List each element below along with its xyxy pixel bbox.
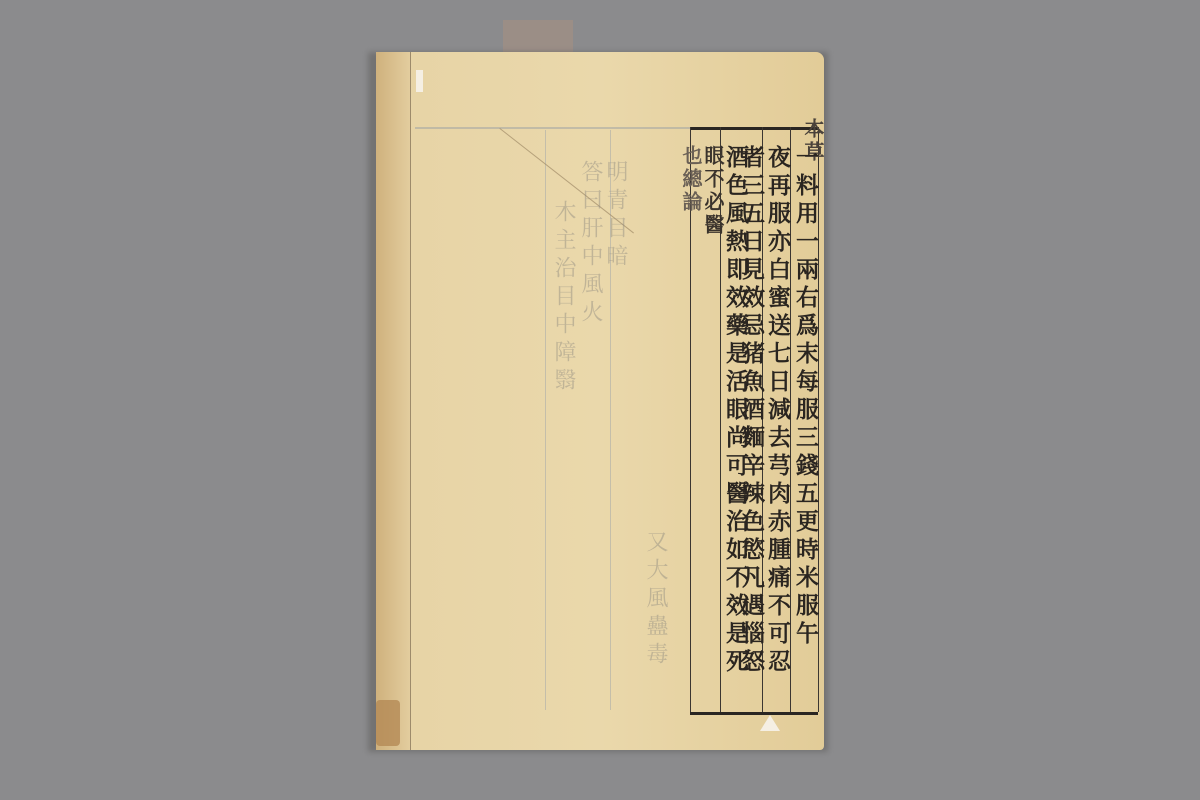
faint-text-column: 木主治目中障翳 [548, 200, 579, 396]
faint-column-rule [545, 130, 546, 710]
paper-label-tab [503, 20, 573, 56]
paper-tear [416, 70, 423, 92]
corner-stain [376, 700, 400, 746]
column-rule [690, 127, 691, 712]
text-column: 夜再服亦白蜜送七日減去芎肉赤腫痛不可忍 [764, 145, 790, 677]
text-column: 一料用一兩右爲末每服三錢五更時米服午 [792, 145, 818, 649]
faint-text-column: 又大風蠱毒 [640, 530, 671, 670]
text-column: 也總論 [678, 145, 704, 214]
faint-text-column: 答曰肝中風火 [575, 160, 606, 328]
book-spine-edge [376, 52, 411, 750]
faint-border-rule [415, 127, 690, 129]
